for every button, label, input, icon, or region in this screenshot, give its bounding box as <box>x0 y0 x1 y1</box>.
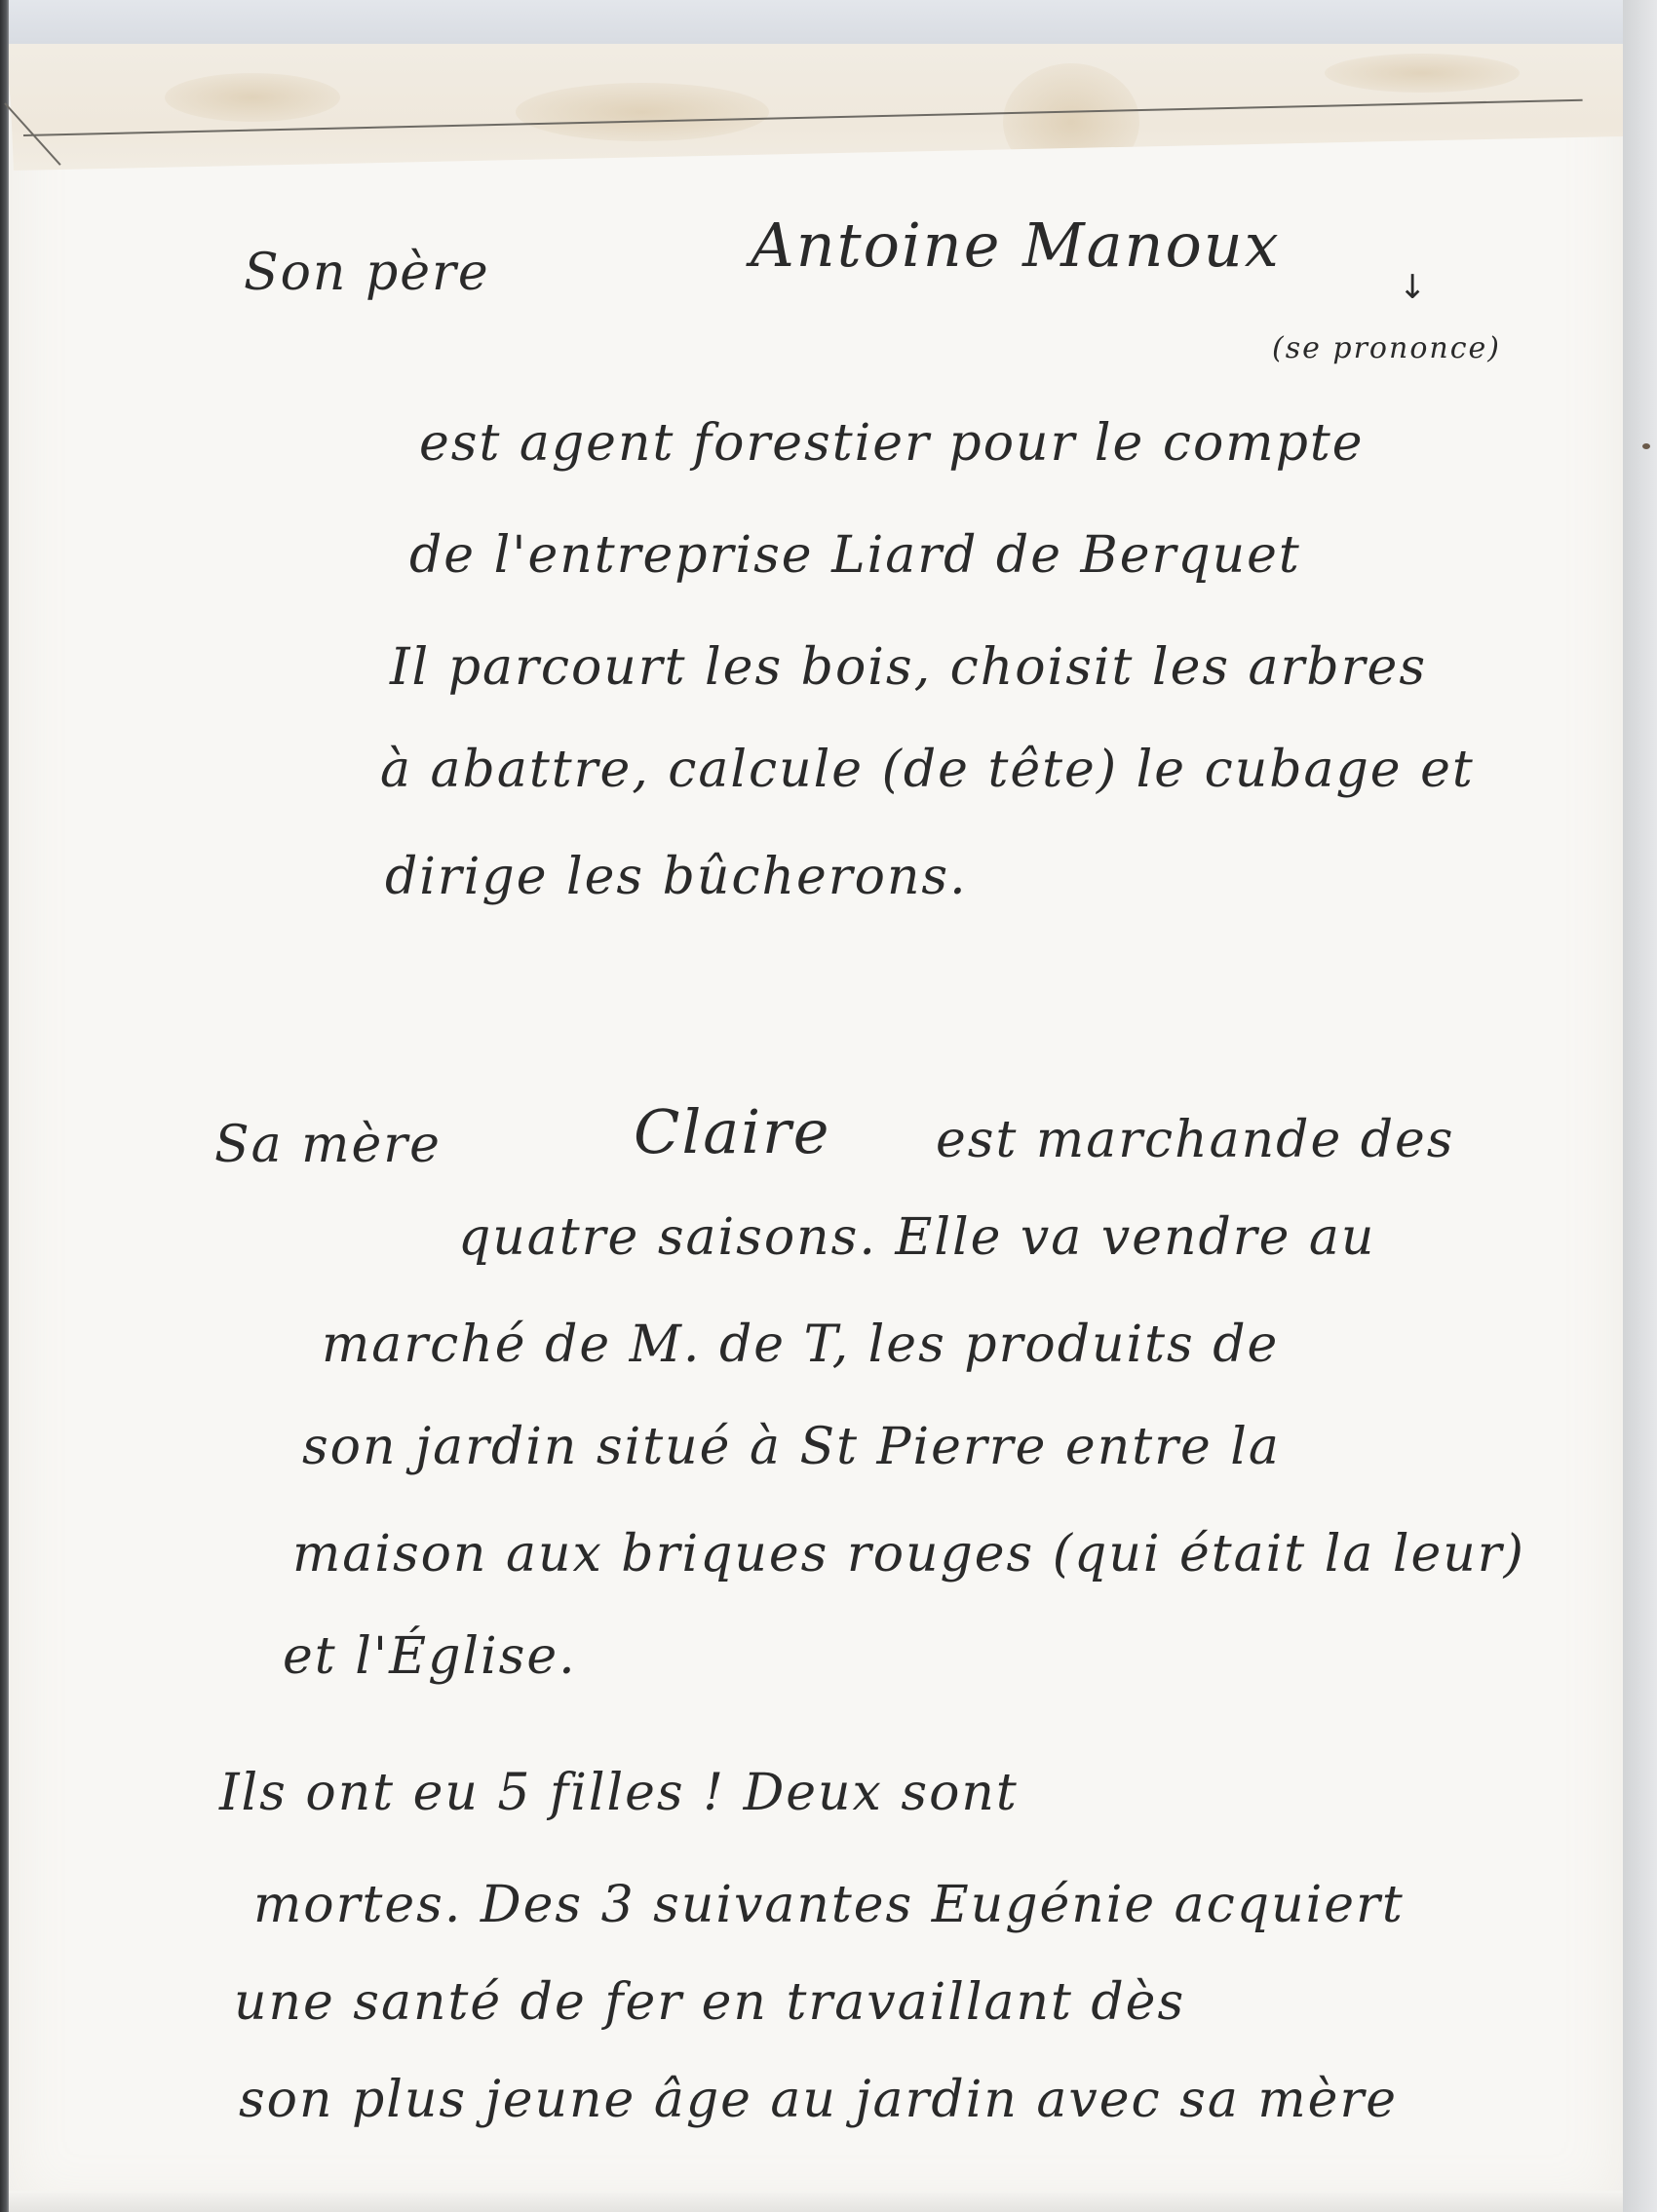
mother-line-0: est marchande des <box>936 1111 1455 1169</box>
mother-line-1: quatre saisons. Elle va vendre au <box>458 1208 1375 1267</box>
father-line-2: de l'entreprise Liard de Berquet <box>409 526 1301 585</box>
mother-line-5: et l'Église. <box>283 1627 577 1686</box>
scan-background-right <box>1623 0 1657 2212</box>
page-bottom-edge <box>9 2191 1623 2212</box>
children-line-3: une santé de fer en travaillant dès <box>234 1973 1185 2032</box>
label-mother: Sa mère <box>214 1116 442 1174</box>
father-line-3: Il parcourt les bois, choisit les arbres <box>390 638 1427 697</box>
father-line-5: dirige les bûcherons. <box>385 848 968 906</box>
mother-name: Claire <box>634 1096 830 1167</box>
pronunciation-note: (se prononce) <box>1272 331 1501 365</box>
father-line-4: à abattre, calcule (de tête) le cubage e… <box>380 741 1475 799</box>
arrow-down-icon: ↓ <box>1399 268 1427 307</box>
mother-line-3: son jardin situé à St Pierre entre la <box>302 1418 1281 1476</box>
scan-background-top <box>9 0 1657 44</box>
mother-line-2: marché de M. de T, les produits de <box>322 1316 1279 1374</box>
paper-speck <box>1642 443 1650 449</box>
scanner-edge <box>0 0 9 2212</box>
children-line-1: Ils ont eu 5 filles ! Deux sont <box>219 1764 1019 1822</box>
children-line-2: mortes. Des 3 suivantes Eugénie acquiert <box>253 1876 1405 1934</box>
children-line-4: son plus jeune âge au jardin avec sa mèr… <box>239 2071 1398 2129</box>
father-name: Antoine Manoux <box>751 210 1281 281</box>
father-line-1: est agent forestier pour le compte <box>419 414 1365 473</box>
label-father: Son père <box>244 244 490 302</box>
mother-line-4: maison aux briques rouges (qui était la … <box>292 1525 1525 1583</box>
